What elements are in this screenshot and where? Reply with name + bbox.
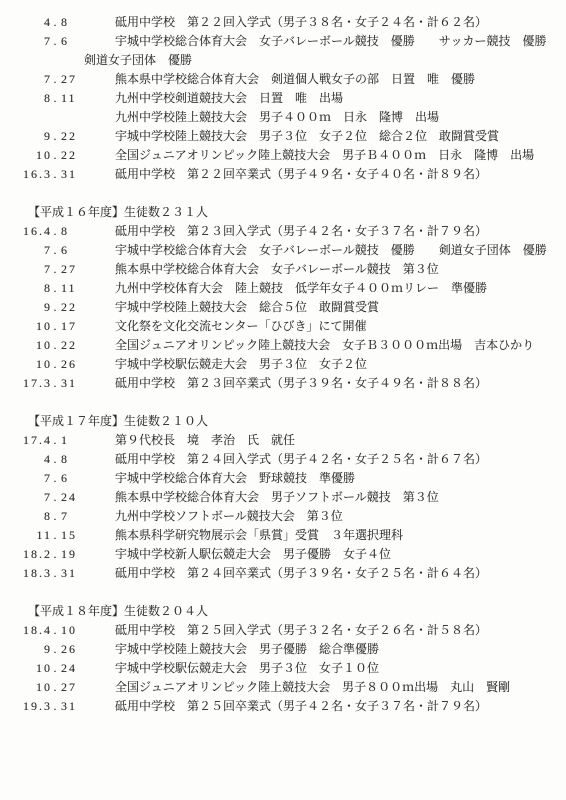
- date-day: 19: [58, 545, 115, 564]
- event-text: 宇城中学校陸上競技大会 男子優勝 総合準優勝: [115, 640, 560, 659]
- date-year-month: 18.3: [10, 564, 52, 583]
- date-cell: 10 . 22: [10, 146, 115, 165]
- date-cell: 8 . 11: [10, 279, 115, 298]
- chronology-row: 7 . 24 熊本県中学校総合体育大会 男子ソフトボール競技 第３位: [10, 488, 560, 507]
- event-text: 宇城中学校新人駅伝競走大会 男子優勝 女子４位: [115, 545, 560, 564]
- event-text: 全国ジュニアオリンピック陸上競技大会 男子Ｂ４００ｍ 日永 隆博 出場: [115, 146, 560, 165]
- date-day: 8: [58, 450, 115, 469]
- date-year-month: 9: [10, 127, 52, 146]
- date-day: 24: [58, 659, 115, 678]
- date-cell: 10 . 22: [10, 336, 115, 355]
- date-cell: 9 . 22: [10, 127, 115, 146]
- chronology-row: 9 . 22 宇城中学校陸上競技大会 男子３位 女子２位 総合２位 敢闘賞受賞: [10, 127, 560, 146]
- event-text: 宇城中学校総合体育大会 女子バレーボール競技 優勝 サッカー競技 優勝: [115, 32, 560, 51]
- year-section: 4 . 8 砥用中学校 第２２回入学式（男子３８名・女子２４名・計６２名） 7 …: [10, 13, 560, 184]
- chronology-row: 4 . 8 砥用中学校 第２４回入学式（男子４２名・女子２５名・計６７名）: [10, 450, 560, 469]
- chronology-row: 17.4 . 1 第９代校長 境 孝治 氏 就任: [10, 431, 560, 450]
- chronology-row: 8 . 7 九州中学校ソフトボール競技大会 第３位: [10, 507, 560, 526]
- date-day: 27: [58, 678, 115, 697]
- chronology-row: 10 . 22 全国ジュニアオリンピック陸上競技大会 男子Ｂ４００ｍ 日永 隆博…: [10, 146, 560, 165]
- event-text: 砥用中学校 第２５回入学式（男子３２名・女子２６名・計５８名）: [115, 621, 560, 640]
- event-text: 宇城中学校総合体育大会 野球競技 準優勝: [115, 469, 560, 488]
- event-text: 砥用中学校 第２５回卒業式（男子４２名・女子３７名・計７９名）: [115, 697, 560, 716]
- chronology-row: 10 . 27 全国ジュニアオリンピック陸上競技大会 男子８００ｍ出場 丸山 賢…: [10, 678, 560, 697]
- chronology-row: 10 . 17 文化祭を文化交流センター「ひびき」にて開催: [10, 317, 560, 336]
- date-day: 22: [58, 146, 115, 165]
- date-day: 31: [58, 374, 115, 393]
- chronology-row: 8 . 11 九州中学校剣道競技大会 日置 唯 出場: [10, 89, 560, 108]
- event-text: 九州中学校剣道競技大会 日置 唯 出場: [115, 89, 560, 108]
- chronology-row: 11 . 15 熊本県科学研究物展示会「県賞」受賞 ３年選択理科: [10, 526, 560, 545]
- event-text: 宇城中学校陸上競技大会 男子３位 女子２位 総合２位 敢闘賞受賞: [115, 127, 560, 146]
- date-year-month: 9: [10, 298, 52, 317]
- chronology-row: 4 . 8 砥用中学校 第２２回入学式（男子３８名・女子２４名・計６２名）: [10, 13, 560, 32]
- chronology-row: 16.3 . 31 砥用中学校 第２２回卒業式（男子４９名・女子４０名・計８９名…: [10, 165, 560, 184]
- section-header: 【平成１８年度】生徒数２０４人: [10, 602, 560, 621]
- section-rows: 18.4 . 10 砥用中学校 第２５回入学式（男子３２名・女子２６名・計５８名…: [10, 621, 560, 716]
- date-cell: 18.3 . 31: [10, 564, 115, 583]
- chronology-row: 九州中学校陸上競技大会 男子４００ｍ 日永 隆博 出場: [10, 108, 560, 127]
- date-year-month: 16.4: [10, 222, 52, 241]
- date-day: 27: [58, 260, 115, 279]
- date-year-month: 10: [10, 678, 52, 697]
- date-cell: 9 . 22: [10, 298, 115, 317]
- date-year-month: 17.3: [10, 374, 52, 393]
- event-text: 九州中学校体育大会 陸上競技 低学年女子４００ｍリレー 準優勝: [115, 279, 560, 298]
- chronology-row: 7 . 6 宇城中学校総合体育大会 女子バレーボール競技 優勝 サッカー競技 優…: [10, 32, 560, 51]
- date-year-month: 11: [10, 526, 52, 545]
- chronology-row: 19.3 . 31 砥用中学校 第２５回卒業式（男子４２名・女子３７名・計７９名…: [10, 697, 560, 716]
- chronology-row: 10 . 24 宇城中学校駅伝競走大会 男子３位 女子１０位: [10, 659, 560, 678]
- date-cell: [10, 108, 115, 127]
- date-year-month: 18.2: [10, 545, 52, 564]
- chronology-row: 8 . 11 九州中学校体育大会 陸上競技 低学年女子４００ｍリレー 準優勝: [10, 279, 560, 298]
- date-day: 31: [58, 564, 115, 583]
- date-cell: 10 . 17: [10, 317, 115, 336]
- chronology-row: 10 . 22 全国ジュニアオリンピック陸上競技大会 女子Ｂ３０００ｍ出場 吉本…: [10, 336, 560, 355]
- date-year-month: [10, 51, 52, 70]
- chronology-row: 10 . 26 宇城中学校駅伝競走大会 男子３位 女子２位: [10, 355, 560, 374]
- event-text: 剣道女子団体 優勝: [84, 51, 560, 70]
- date-day: 22: [58, 127, 115, 146]
- event-text: 宇城中学校陸上競技大会 総合５位 敢闘賞受賞: [115, 298, 560, 317]
- date-day: 1: [58, 431, 115, 450]
- date-day: 6: [58, 241, 115, 260]
- date-cell: 4 . 8: [10, 450, 115, 469]
- date-day: 22: [58, 298, 115, 317]
- date-year-month: 4: [10, 450, 52, 469]
- date-year-month: 18.4: [10, 621, 52, 640]
- date-day: 26: [58, 355, 115, 374]
- event-text: 熊本県中学校総合体育大会 男子ソフトボール競技 第３位: [115, 488, 560, 507]
- date-cell: 17.3 . 31: [10, 374, 115, 393]
- chronology-row: 18.3 . 31 砥用中学校 第２４回卒業式（男子３９名・女子２５名・計６４名…: [10, 564, 560, 583]
- date-day: [58, 51, 84, 70]
- date-year-month: 10: [10, 317, 52, 336]
- date-year-month: 8: [10, 507, 52, 526]
- chronology-row: 16.4 . 8 砥用中学校 第２３回入学式（男子４２名・女子３７名・計７９名）: [10, 222, 560, 241]
- event-text: 第９代校長 境 孝治 氏 就任: [115, 431, 560, 450]
- date-cell: 10 . 27: [10, 678, 115, 697]
- chronology-row: 9 . 26 宇城中学校陸上競技大会 男子優勝 総合準優勝: [10, 640, 560, 659]
- date-year-month: 7: [10, 70, 52, 89]
- date-cell: 7 . 24: [10, 488, 115, 507]
- date-year-month: 4: [10, 13, 52, 32]
- date-cell: 7 . 27: [10, 260, 115, 279]
- date-cell: 10 . 24: [10, 659, 115, 678]
- date-year-month: 17.4: [10, 431, 52, 450]
- date-cell: 7 . 6: [10, 469, 115, 488]
- event-text: 九州中学校陸上競技大会 男子４００ｍ 日永 隆博 出場: [115, 108, 560, 127]
- chronology-row: 7 . 6 宇城中学校総合体育大会 女子バレーボール競技 優勝 剣道女子団体 優…: [10, 241, 560, 260]
- date-year-month: 9: [10, 640, 52, 659]
- date-cell: 4 . 8: [10, 13, 115, 32]
- date-cell: 18.4 . 10: [10, 621, 115, 640]
- date-year-month: 10: [10, 355, 52, 374]
- date-cell: 16.3 . 31: [10, 165, 115, 184]
- date-cell: 17.4 . 1: [10, 431, 115, 450]
- date-year-month: 7: [10, 488, 52, 507]
- date-day: 6: [58, 32, 115, 51]
- chronology-row: 18.2 . 19 宇城中学校新人駅伝競走大会 男子優勝 女子４位: [10, 545, 560, 564]
- event-text: 砥用中学校 第２４回卒業式（男子３９名・女子２５名・計６４名）: [115, 564, 560, 583]
- date-cell: 7 . 27: [10, 70, 115, 89]
- date-year-month: 7: [10, 32, 52, 51]
- date-year-month: [10, 108, 52, 127]
- date-year-month: 16.3: [10, 165, 52, 184]
- date-day: 17: [58, 317, 115, 336]
- date-year-month: 10: [10, 146, 52, 165]
- date-cell: 19.3 . 31: [10, 697, 115, 716]
- chronology-row: 7 . 6 宇城中学校総合体育大会 野球競技 準優勝: [10, 469, 560, 488]
- event-text: 砥用中学校 第２３回入学式（男子４２名・女子３７名・計７９名）: [115, 222, 560, 241]
- date-day: 10: [58, 621, 115, 640]
- chronology-row: 7 . 27 熊本県中学校総合体育大会 剣道個人戦女子の部 日置 唯 優勝: [10, 70, 560, 89]
- event-text: 熊本県中学校総合体育大会 剣道個人戦女子の部 日置 唯 優勝: [115, 70, 560, 89]
- event-text: 全国ジュニアオリンピック陸上競技大会 女子Ｂ３０００ｍ出場 吉本ひかり: [115, 336, 560, 355]
- date-year-month: 7: [10, 260, 52, 279]
- event-text: 砥用中学校 第２３回卒業式（男子３９名・女子４９名・計８８名）: [115, 374, 560, 393]
- chronology-row: 9 . 22 宇城中学校陸上競技大会 総合５位 敢闘賞受賞: [10, 298, 560, 317]
- date-cell: 7 . 6: [10, 32, 115, 51]
- section-rows: 16.4 . 8 砥用中学校 第２３回入学式（男子４２名・女子３７名・計７９名）…: [10, 222, 560, 393]
- date-year-month: 19.3: [10, 697, 52, 716]
- date-day: 31: [58, 165, 115, 184]
- event-text: 宇城中学校駅伝競走大会 男子３位 女子２位: [115, 355, 560, 374]
- date-cell: 9 . 26: [10, 640, 115, 659]
- year-section: 【平成１６年度】生徒数２３１人 16.4 . 8 砥用中学校 第２３回入学式（男…: [10, 203, 560, 393]
- date-year-month: 8: [10, 279, 52, 298]
- chronology-row: 7 . 27 熊本県中学校総合体育大会 女子バレーボール競技 第３位: [10, 260, 560, 279]
- date-day: 7: [58, 507, 115, 526]
- date-day: 22: [58, 336, 115, 355]
- date-cell: [10, 51, 84, 70]
- event-text: 熊本県中学校総合体育大会 女子バレーボール競技 第３位: [115, 260, 560, 279]
- date-day: 26: [58, 640, 115, 659]
- scanned-document-page: 4 . 8 砥用中学校 第２２回入学式（男子３８名・女子２４名・計６２名） 7 …: [0, 0, 566, 800]
- date-year-month: 7: [10, 469, 52, 488]
- section-header: 【平成１６年度】生徒数２３１人: [10, 203, 560, 222]
- date-day: 31: [58, 697, 115, 716]
- event-text: 砥用中学校 第２２回卒業式（男子４９名・女子４０名・計８９名）: [115, 165, 560, 184]
- date-cell: 10 . 26: [10, 355, 115, 374]
- event-text: 九州中学校ソフトボール競技大会 第３位: [115, 507, 560, 526]
- date-cell: 8 . 7: [10, 507, 115, 526]
- date-cell: 18.2 . 19: [10, 545, 115, 564]
- chronology-row: 17.3 . 31 砥用中学校 第２３回卒業式（男子３９名・女子４９名・計８８名…: [10, 374, 560, 393]
- date-day: 27: [58, 70, 115, 89]
- date-day: 15: [58, 526, 115, 545]
- date-cell: 8 . 11: [10, 89, 115, 108]
- event-text: 宇城中学校総合体育大会 女子バレーボール競技 優勝 剣道女子団体 優勝: [115, 241, 560, 260]
- date-day: 11: [58, 89, 115, 108]
- date-day: [58, 108, 115, 127]
- event-text: 全国ジュニアオリンピック陸上競技大会 男子８００ｍ出場 丸山 賢剛: [115, 678, 560, 697]
- event-text: 宇城中学校駅伝競走大会 男子３位 女子１０位: [115, 659, 560, 678]
- chronology: 4 . 8 砥用中学校 第２２回入学式（男子３８名・女子２４名・計６２名） 7 …: [10, 13, 560, 716]
- date-cell: 11 . 15: [10, 526, 115, 545]
- date-year-month: 10: [10, 336, 52, 355]
- year-section: 【平成１７年度】生徒数２１０人 17.4 . 1 第９代校長 境 孝治 氏 就任…: [10, 412, 560, 583]
- year-section: 【平成１８年度】生徒数２０４人 18.4 . 10 砥用中学校 第２５回入学式（…: [10, 602, 560, 716]
- event-text: 砥用中学校 第２２回入学式（男子３８名・女子２４名・計６２名）: [115, 13, 560, 32]
- date-day: 8: [58, 13, 115, 32]
- event-text: 熊本県科学研究物展示会「県賞」受賞 ３年選択理科: [115, 526, 560, 545]
- chronology-row: 18.4 . 10 砥用中学校 第２５回入学式（男子３２名・女子２６名・計５８名…: [10, 621, 560, 640]
- section-rows: 4 . 8 砥用中学校 第２２回入学式（男子３８名・女子２４名・計６２名） 7 …: [10, 13, 560, 184]
- date-day: 24: [58, 488, 115, 507]
- date-year-month: 8: [10, 89, 52, 108]
- event-text: 文化祭を文化交流センター「ひびき」にて開催: [115, 317, 560, 336]
- section-rows: 17.4 . 1 第９代校長 境 孝治 氏 就任 4 . 8 砥用中学校 第２４…: [10, 431, 560, 583]
- date-cell: 16.4 . 8: [10, 222, 115, 241]
- date-year-month: 10: [10, 659, 52, 678]
- date-day: 8: [58, 222, 115, 241]
- section-header: 【平成１７年度】生徒数２１０人: [10, 412, 560, 431]
- date-day: 11: [58, 279, 115, 298]
- date-day: 6: [58, 469, 115, 488]
- chronology-row: 剣道女子団体 優勝: [10, 51, 560, 70]
- date-year-month: 7: [10, 241, 52, 260]
- date-cell: 7 . 6: [10, 241, 115, 260]
- event-text: 砥用中学校 第２４回入学式（男子４２名・女子２５名・計６７名）: [115, 450, 560, 469]
